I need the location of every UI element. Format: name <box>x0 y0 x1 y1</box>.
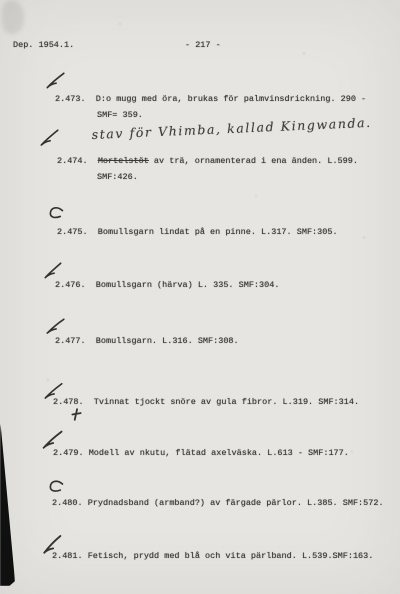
catalog-entry-line: 2.479. Modell av nkutu, flätad axelväska… <box>53 448 349 458</box>
catalog-entry-line: 2.478. Tvinnat tjockt snöre av gula fibr… <box>53 397 359 407</box>
catalog-entry-line: SMF= 359. <box>97 110 143 120</box>
page-number: - 217 - <box>185 40 221 50</box>
handwritten-cross-icon <box>71 408 82 421</box>
catalog-entry-line: 2.475. Bomullsgarn lindat på en pinne. L… <box>57 227 338 237</box>
header-deposit-number: Dep. 1954.1. <box>13 40 74 50</box>
entry-text: av trä, ornamenterad i ena änden. L.599. <box>149 156 358 166</box>
handwritten-loop-icon <box>46 204 68 226</box>
struck-word: Mortelstöt <box>98 156 149 166</box>
handwritten-check-icon <box>42 260 64 282</box>
catalog-entry-line: 2.476. Bomullsgarn (härva) L. 335. SMF:3… <box>55 280 279 290</box>
catalog-entry-line: 2.473. D:o mugg med öra, brukas för palm… <box>55 94 366 104</box>
scan-smudge <box>2 0 24 34</box>
handwritten-check-icon <box>38 128 60 150</box>
catalog-entry-line: SMF:426. <box>97 172 138 182</box>
catalog-entry-line: 2.480. Prydnadsband (armband?) av färgad… <box>52 498 384 508</box>
catalog-entry-line: 2.481. Fetisch, prydd med blå och vita p… <box>52 551 373 561</box>
catalog-entry-line: 2.474. Mortelstöt av trä, ornamenterad i… <box>57 156 358 166</box>
handwritten-check-icon <box>44 316 66 338</box>
scanned-catalog-page: Dep. 1954.1. - 217 - 2.473. D:o mugg med… <box>0 0 400 594</box>
scan-binding-shadow <box>0 424 15 586</box>
handwritten-check-icon <box>44 70 66 92</box>
entry-number: 2.474. <box>57 156 98 166</box>
catalog-entry-line: 2.477. Bomullsgarn. L.316. SMF:308. <box>55 336 239 346</box>
handwritten-loop-icon <box>46 478 68 500</box>
